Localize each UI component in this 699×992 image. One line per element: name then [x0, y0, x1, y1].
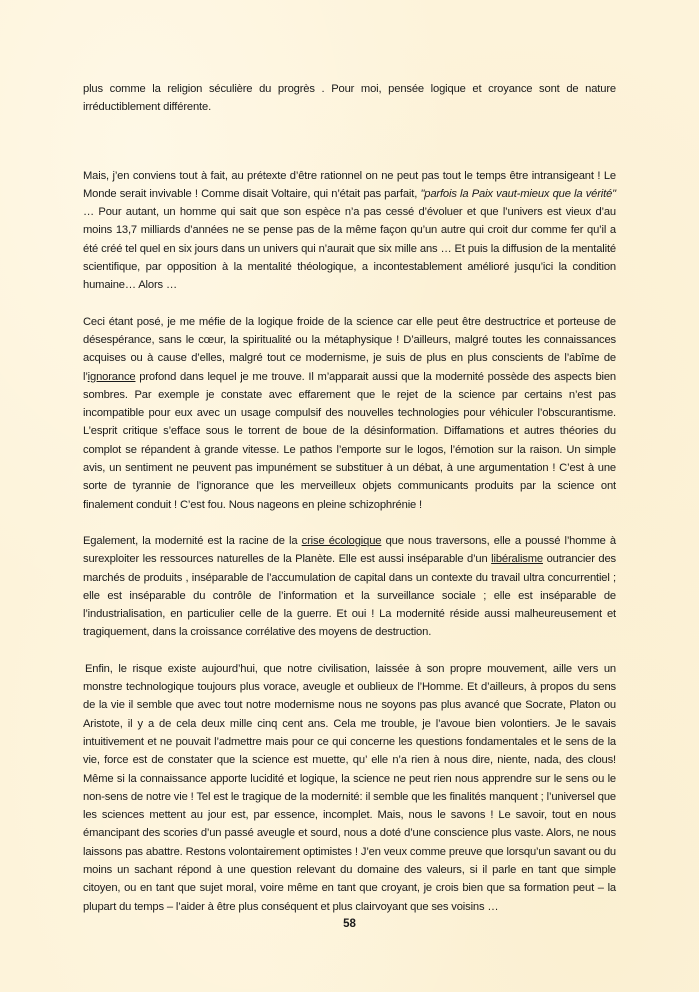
underlined-ignorance: ignorance	[88, 371, 136, 383]
page-body: plus comme la religion séculière du prog…	[83, 80, 616, 916]
underlined-liberalisme: libéralisme	[491, 553, 543, 565]
paragraph-voltaire: Mais, j’en conviens tout à fait, au prét…	[83, 167, 616, 295]
text-segment: Egalement, la modernité est la racine de…	[83, 535, 302, 547]
text-segment: outrancier des marchés de produits , ins…	[83, 553, 616, 638]
paragraph-meaning-of-life: Enfin, le risque existe aujourd’hui, que…	[83, 660, 616, 916]
text-segment: Enfin, le risque existe aujourd’hui, que…	[83, 663, 616, 913]
text-segment: … Pour autant, un homme qui sait que son…	[83, 206, 616, 291]
page-number: 58	[0, 918, 699, 930]
voltaire-quote: "parfois la Paix vaut-mieux que la vérit…	[420, 188, 616, 200]
paragraph-ecological-crisis: Egalement, la modernité est la racine de…	[83, 532, 616, 642]
text-segment: plus comme la religion séculière du prog…	[83, 83, 616, 113]
underlined-crise-ecologique: crise écologique	[302, 535, 382, 547]
text-segment: profond dans lequel je me trouve. Il m’a…	[83, 371, 616, 511]
paragraph-religion-progress: plus comme la religion séculière du prog…	[83, 80, 616, 117]
paragraph-science-ignorance: Ceci étant posé, je me méfie de la logiq…	[83, 313, 616, 514]
